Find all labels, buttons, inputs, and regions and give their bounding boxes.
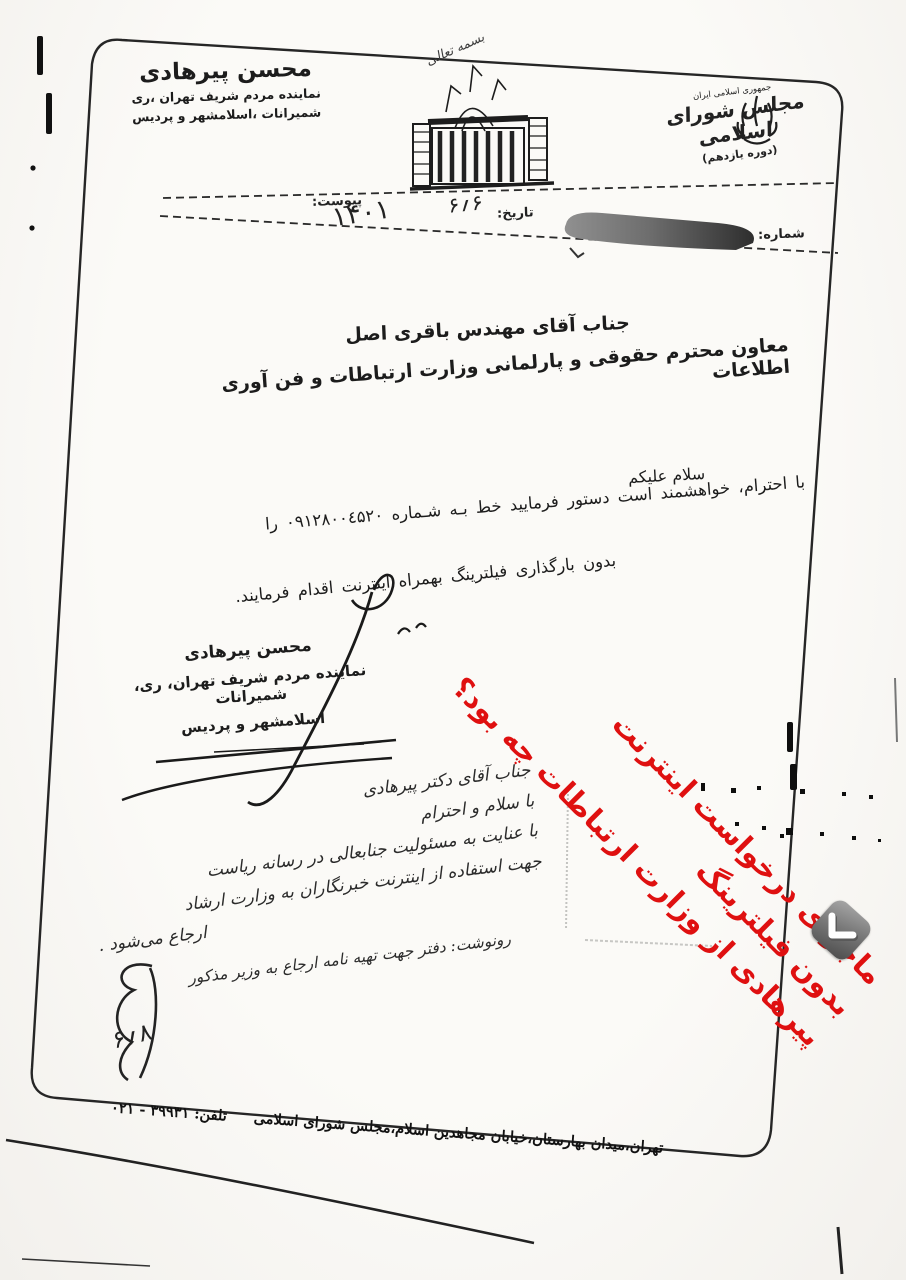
date-label: تاریخ: xyxy=(497,205,534,221)
handwritten-date-daymonth: ۶؍۶ xyxy=(447,190,484,218)
margin-marks-left xyxy=(29,36,52,231)
sender-name: محسن پیرهادی xyxy=(107,55,344,87)
scan-artifact-line xyxy=(6,1140,534,1243)
scan-linework xyxy=(0,0,906,1280)
sender-block: محسن پیرهادی نماینده مردم شریف تهران ،ری… xyxy=(107,55,345,125)
redacted-number xyxy=(565,212,754,250)
scanned-letter-page: محسن پیرهادی نماینده مردم شریف تهران ،ری… xyxy=(0,0,906,1280)
parliament-building-icon xyxy=(410,66,554,189)
reply-arrow-icon xyxy=(807,896,875,964)
number-label: شماره: xyxy=(758,226,805,243)
sender-line1: نماینده مردم شریف تهران ،ری xyxy=(108,85,344,106)
